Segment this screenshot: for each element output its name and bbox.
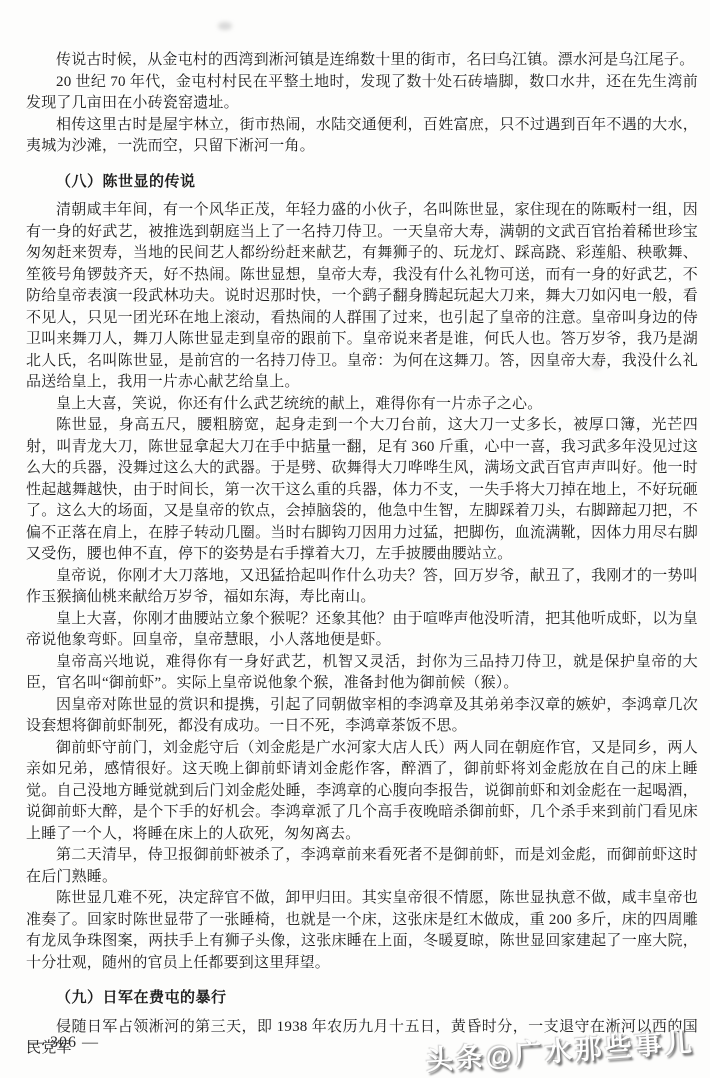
page-body: 传说古时候，从金屯村的西湾到淅河镇是连绵数十里的街市，名曰乌江镇。漂水河是乌江尾… bbox=[26, 50, 698, 1060]
paragraph: 陈世显，身高五尺，腰粗膀宽，起身走到一个大刀台前，这大刀一丈多长，被厚口簿，光芒… bbox=[26, 415, 698, 566]
scan-smudge bbox=[218, 22, 232, 30]
paragraph: 相传这里古时是屋宇林立，街市热闹，水陆交通便利，百姓富庶，只不过遇到百年不遇的大… bbox=[26, 115, 698, 158]
paragraph: 皇上大喜，你刚才曲腰站立象个猴呢？还象其他？由于喧哗声他没听清，把其他听成虾，以… bbox=[26, 609, 698, 652]
section-heading-8: （八）陈世显的传说 bbox=[26, 171, 698, 193]
paragraph: 皇上大喜，笑说，你还有什么武艺统统的献上，难得你有一片赤子之心。 bbox=[26, 394, 698, 416]
paragraph: 第二天清早，侍卫报御前虾被杀了，李鸿章前来看死者不是御前虾，而是刘金彪，而御前虾… bbox=[26, 845, 698, 888]
paragraph: 御前虾守前门，刘金彪守后（刘金彪是广水河家大店人氏）两人同在朝庭作官，又是同乡，… bbox=[26, 738, 698, 846]
paragraph: 皇帝说，你刚才大刀落地，又迅猛拾起叫作什么功夫？答，回万岁爷，献丑了，我刚才的一… bbox=[26, 566, 698, 609]
paragraph: 陈世显几难不死，决定辞官不做，卸甲归田。其实皇帝很不情愿，陈世显执意不做，咸丰皇… bbox=[26, 888, 698, 974]
section-heading-9: （九）日军在费屯的暴行 bbox=[26, 987, 698, 1009]
paragraph: 传说古时候，从金屯村的西湾到淅河镇是连绵数十里的街市，名曰乌江镇。漂水河是乌江尾… bbox=[26, 50, 698, 72]
paragraph: 清朝咸丰年间，有一个风华正茂，年轻力盛的小伙子，名叫陈世显，家住现在的陈畈村一组… bbox=[26, 200, 698, 394]
paragraph: 20 世纪 70 年代，金屯村村民在平整土地时，发现了数十处石砖墙脚，数口水井，… bbox=[26, 72, 698, 115]
paragraph: 因皇帝对陈世显的赏识和提携，引起了同朝做宰相的李鸿章及其弟弟李汉章的嫉妒，李鸿章… bbox=[26, 695, 698, 738]
scanned-book-page: 传说古时候，从金屯村的西湾到淅河镇是连绵数十里的街市，名曰乌江镇。漂水河是乌江尾… bbox=[0, 0, 710, 1078]
paragraph: 皇帝高兴地说，难得你有一身好武艺，机智又灵活，封你为三品持刀侍卫，就是保护皇帝的… bbox=[26, 652, 698, 695]
page-number: — 306 — bbox=[28, 1034, 99, 1052]
